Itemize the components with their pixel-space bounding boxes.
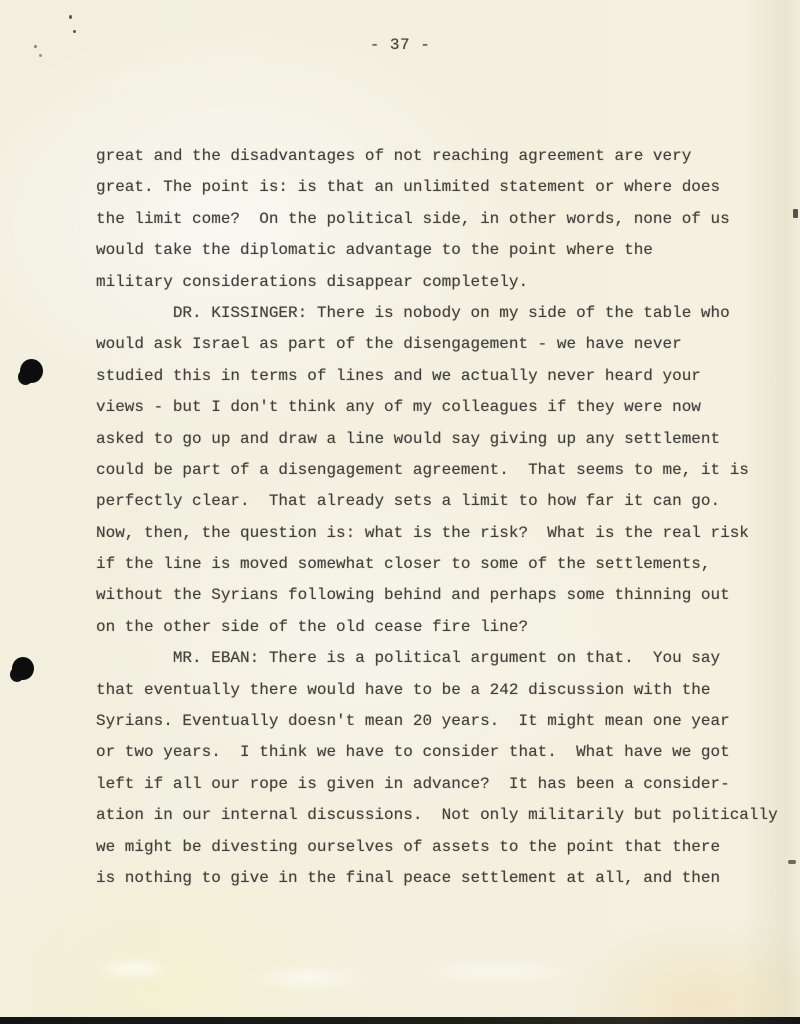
text-line: without the Syrians following behind and… <box>96 580 786 611</box>
right-edge-mark <box>788 860 796 864</box>
text-line: studied this in terms of lines and we ac… <box>96 361 786 392</box>
text-line-kissinger-speech-start: DR. KISSINGER: There is nobody on my sid… <box>96 298 786 329</box>
text-line: military considerations disappear comple… <box>96 267 786 298</box>
text-line: on the other side of the old cease fire … <box>96 612 786 643</box>
scan-speck <box>73 30 76 33</box>
text-line: the limit come? On the political side, i… <box>96 204 786 235</box>
text-line: great. The point is: is that an unlimite… <box>96 172 786 203</box>
text-line: if the line is moved somewhat closer to … <box>96 549 786 580</box>
text-line: ation in our internal discussions. Not o… <box>96 800 786 831</box>
text-line: Now, then, the question is: what is the … <box>96 518 786 549</box>
text-line: is nothing to give in the final peace se… <box>96 863 786 894</box>
text-line: that eventually there would have to be a… <box>96 675 786 706</box>
text-line: great and the disadvantages of not reach… <box>96 141 786 172</box>
scan-speck <box>34 45 37 48</box>
scan-edge-bar <box>0 1017 800 1024</box>
right-edge-mark <box>793 209 798 218</box>
text-line: could be part of a disengagement agreeme… <box>96 455 786 486</box>
transcript-text-block: great and the disadvantages of not reach… <box>96 141 786 894</box>
text-line: would take the diplomatic advantage to t… <box>96 235 786 266</box>
text-line: or two years. I think we have to conside… <box>96 737 786 768</box>
text-line-eban-speech-start: MR. EBAN: There is a political argument … <box>96 643 786 674</box>
text-line: left if all our rope is given in advance… <box>96 769 786 800</box>
ink-bleed-through <box>60 945 680 1005</box>
scanned-document-page: - 37 - great and the disadvantages of no… <box>0 0 800 1024</box>
hole-punch-mark <box>12 657 34 680</box>
text-line: views - but I don't think any of my coll… <box>96 392 786 423</box>
text-line: perfectly clear. That already sets a lim… <box>96 486 786 517</box>
text-line: we might be divesting ourselves of asset… <box>96 832 786 863</box>
text-line: asked to go up and draw a line would say… <box>96 424 786 455</box>
text-line: Syrians. Eventually doesn't mean 20 year… <box>96 706 786 737</box>
scan-speck <box>69 15 72 19</box>
scan-speck <box>39 54 42 57</box>
hole-punch-mark <box>20 359 43 383</box>
page-number: - 37 - <box>0 36 800 54</box>
text-line: would ask Israel as part of the disengag… <box>96 329 786 360</box>
